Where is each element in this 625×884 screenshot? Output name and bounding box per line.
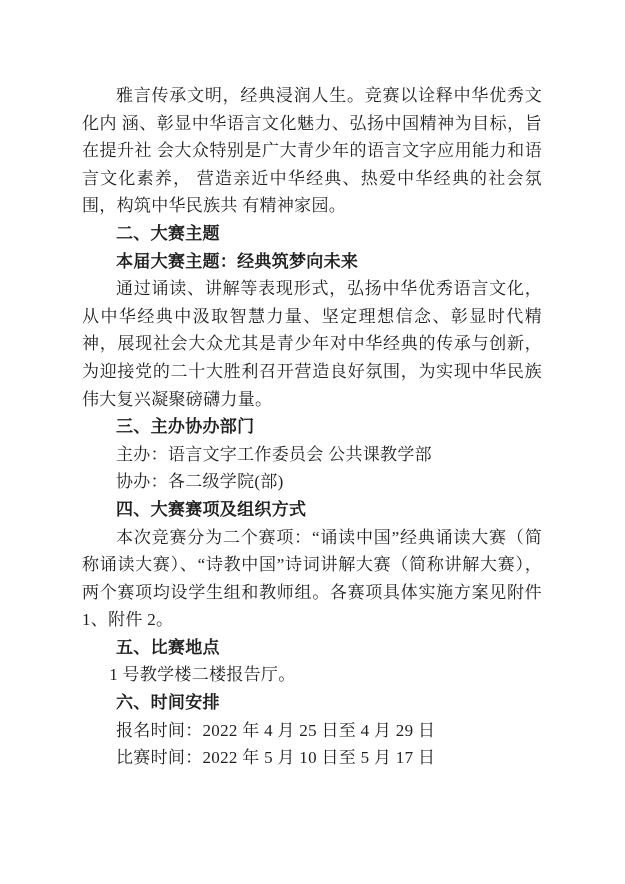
venue-line: 1 号教学楼二楼报告厅。 — [82, 661, 542, 689]
section-heading-5: 五、比赛地点 — [82, 634, 542, 662]
section-heading-2: 二、大赛主题 — [82, 220, 542, 248]
section-heading-3: 三、主办协办部门 — [82, 413, 542, 441]
document-content: 雅言传承文明，经典浸润人生。竞赛以诠释中华优秀文化内 涵、彰显中华语言文化魅力、… — [82, 82, 542, 772]
theme-title: 本届大赛主题：经典筑梦向未来 — [82, 248, 542, 276]
competition-time-line: 比赛时间：2022 年 5 月 10 日至 5 月 17 日 — [82, 744, 542, 772]
registration-time-line: 报名时间：2022 年 4 月 25 日至 4 月 29 日 — [82, 717, 542, 745]
paragraph-intro: 雅言传承文明，经典浸润人生。竞赛以诠释中华优秀文化内 涵、彰显中华语言文化魅力、… — [82, 82, 542, 220]
document-page: 雅言传承文明，经典浸润人生。竞赛以诠释中华优秀文化内 涵、彰显中华语言文化魅力、… — [0, 0, 625, 884]
section-heading-6: 六、时间安排 — [82, 689, 542, 717]
organizer-line: 主办：语言文字工作委员会 公共课教学部 — [82, 441, 542, 469]
co-organizer-line: 协办：各二级学院(部) — [82, 468, 542, 496]
paragraph-theme-description: 通过诵读、讲解等表现形式，弘扬中华优秀语言文化，从中华经典中汲取智慧力量、坚定理… — [82, 275, 542, 413]
paragraph-events-description: 本次竞赛分为二个赛项：“诵读中国”经典诵读大赛（简称诵读大赛）、“诗教中国”诗词… — [82, 524, 542, 634]
section-heading-4: 四、大赛赛项及组织方式 — [82, 496, 542, 524]
